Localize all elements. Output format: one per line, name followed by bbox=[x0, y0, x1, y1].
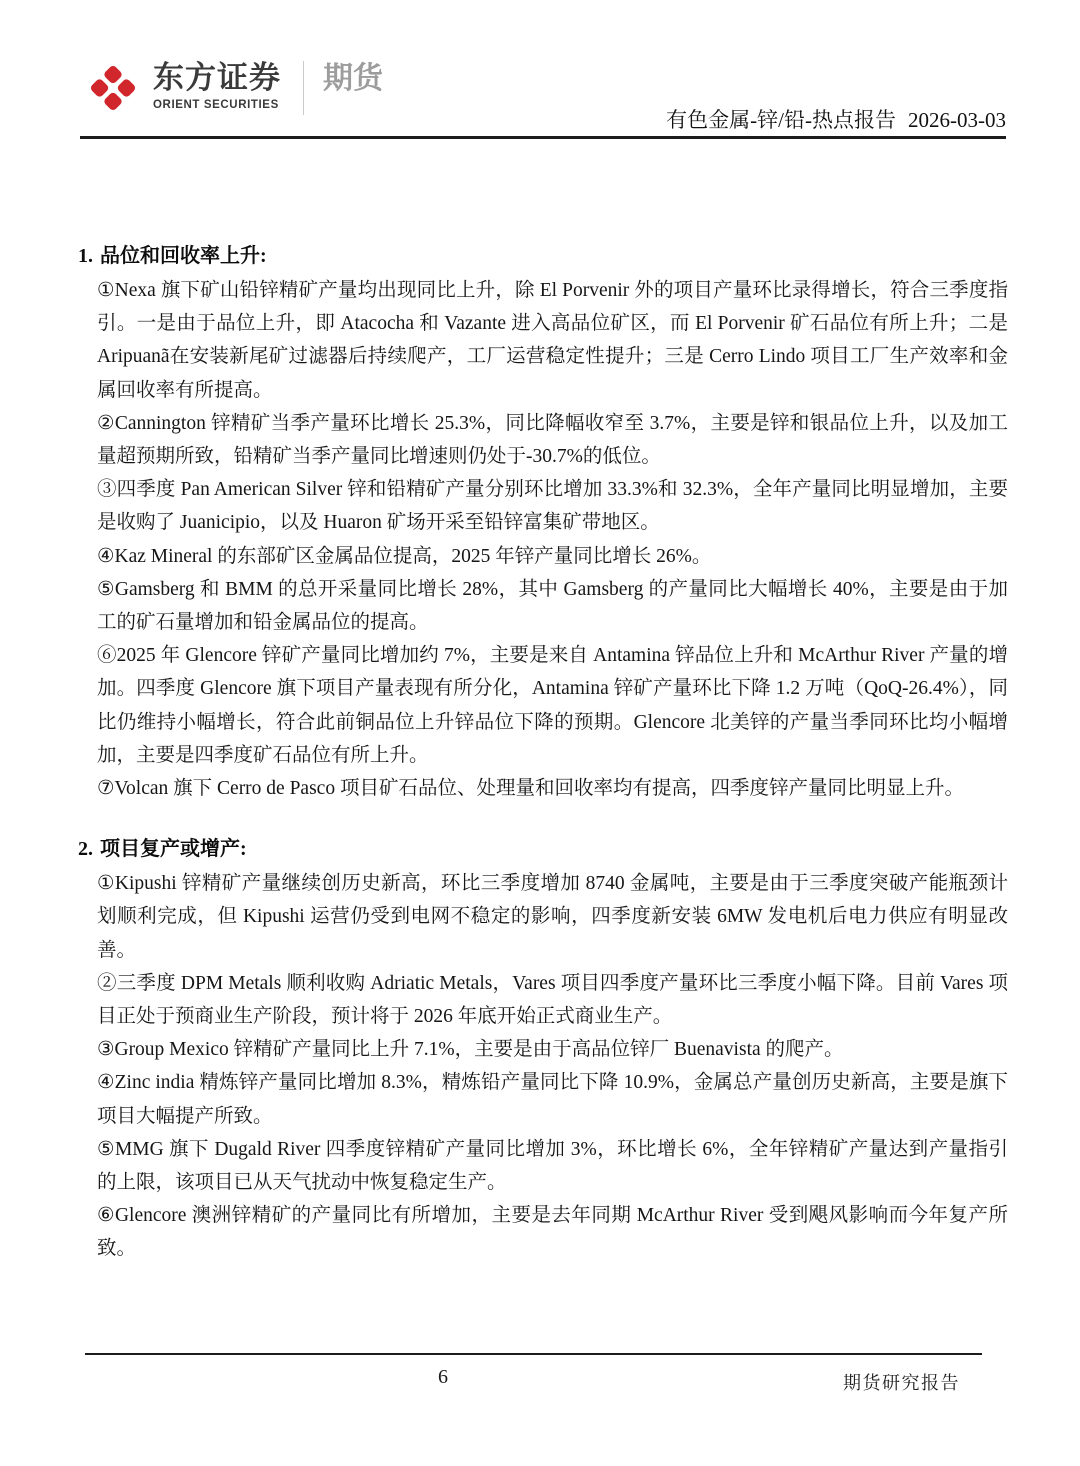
brand-name-cn: 东方证券 bbox=[153, 60, 281, 96]
section-heading: 1. 品位和回收率上升: bbox=[78, 238, 1008, 274]
report-title: 有色金属-锌/铅-热点报告 bbox=[666, 108, 896, 132]
brand-divider bbox=[303, 61, 304, 115]
paragraph: ⑥Glencore 澳洲锌精矿的产量同比有所增加，主要是去年同期 McArthu… bbox=[97, 1199, 1008, 1265]
brand-logo: 东方证券 ORIENT SECURITIES 期货 bbox=[88, 60, 383, 115]
paragraph: ⑤Gamsberg 和 BMM 的总开采量同比增长 28%，其中 Gamsber… bbox=[97, 573, 1008, 639]
report-header-title: 有色金属-锌/铅-热点报告2026-03-03 bbox=[666, 104, 1006, 134]
paragraph: ③Group Mexico 锌精矿产量同比上升 7.1%，主要是由于高品位锌厂 … bbox=[97, 1033, 1008, 1066]
brand-name-en: ORIENT SECURITIES bbox=[153, 99, 281, 111]
footer-rule bbox=[85, 1353, 982, 1355]
paragraph: ⑤MMG 旗下 Dugald River 四季度锌精矿产量同比增加 3%，环比增… bbox=[97, 1133, 1008, 1199]
section-restart-expansion: 2. 项目复产或增产: ①Kipushi 锌精矿产量继续创历史新高，环比三季度增… bbox=[78, 831, 1008, 1265]
report-page: { "header": { "brand_cn": "东方证券", "brand… bbox=[0, 0, 1080, 1466]
section-body: ①Kipushi 锌精矿产量继续创历史新高，环比三季度增加 8740 金属吨，主… bbox=[97, 867, 1008, 1265]
paragraph: ⑥2025 年 Glencore 锌矿产量同比增加约 7%，主要是来自 Anta… bbox=[97, 639, 1008, 772]
brand-text: 东方证券 ORIENT SECURITIES bbox=[153, 60, 281, 111]
section-heading: 2. 项目复产或增产: bbox=[78, 831, 1008, 867]
brand-unit-label: 期货 bbox=[323, 61, 383, 97]
paragraph: ④Zinc india 精炼锌产量同比增加 8.3%，精炼铅产量同比下降 10.… bbox=[97, 1066, 1008, 1132]
orient-securities-logo-icon bbox=[88, 62, 138, 114]
section-body: ①Nexa 旗下矿山铅锌精矿产量均出现同比上升，除 El Porvenir 外的… bbox=[97, 274, 1008, 805]
paragraph: ②三季度 DPM Metals 顺利收购 Adriatic Metals，Var… bbox=[97, 967, 1008, 1033]
section-title: 品位和回收率上升: bbox=[100, 238, 267, 274]
paragraph: ②Cannington 锌精矿当季产量环比增长 25.3%，同比降幅收窄至 3.… bbox=[97, 407, 1008, 473]
report-date: 2026-03-03 bbox=[908, 108, 1006, 132]
section-number: 2. bbox=[78, 831, 100, 867]
paragraph: ①Kipushi 锌精矿产量继续创历史新高，环比三季度增加 8740 金属吨，主… bbox=[97, 867, 1008, 967]
report-body: 1. 品位和回收率上升: ①Nexa 旗下矿山铅锌精矿产量均出现同比上升，除 E… bbox=[78, 238, 1008, 1266]
paragraph: ④Kaz Mineral 的东部矿区金属品位提高，2025 年锌产量同比增长 2… bbox=[97, 540, 1008, 573]
section-grade-recovery: 1. 品位和回收率上升: ①Nexa 旗下矿山铅锌精矿产量均出现同比上升，除 E… bbox=[78, 238, 1008, 805]
section-number: 1. bbox=[78, 238, 100, 274]
page-number: 6 bbox=[430, 1366, 456, 1389]
footer-label: 期货研究报告 bbox=[843, 1369, 960, 1395]
paragraph: ③四季度 Pan American Silver 锌和铅精矿产量分别环比增加 3… bbox=[97, 473, 1008, 539]
section-title: 项目复产或增产: bbox=[100, 831, 247, 867]
header-rule bbox=[80, 136, 1006, 139]
paragraph: ⑦Volcan 旗下 Cerro de Pasco 项目矿石品位、处理量和回收率… bbox=[97, 772, 1008, 805]
paragraph: ①Nexa 旗下矿山铅锌精矿产量均出现同比上升，除 El Porvenir 外的… bbox=[97, 274, 1008, 407]
